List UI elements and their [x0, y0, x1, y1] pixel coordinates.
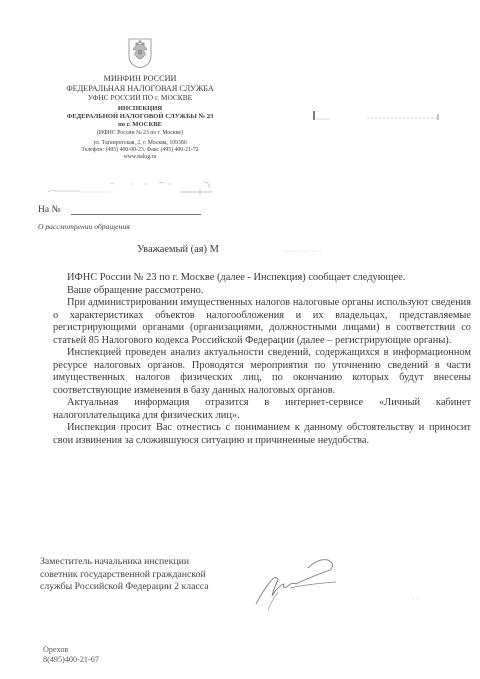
greeting-text: Уважаемый (ая) М [137, 244, 219, 255]
signature-name-placeholder: - - [412, 594, 419, 603]
body-paragraph: Инспекцией проведен анализ актуальности … [53, 347, 471, 397]
letter-subject: О рассмотрении обращения [38, 222, 130, 231]
website: www.nalog.ru [60, 154, 220, 161]
body-paragraph: Инспекция просит Вас отнестись с пониман… [53, 422, 471, 447]
body-paragraph: Актуальная информация отразится в интерн… [53, 397, 471, 422]
letter-body: ИФНС России № 23 по г. Москве (далее - И… [53, 272, 471, 447]
inspection-short-name: (ИФНС России № 23 по г. Москве) [60, 130, 220, 137]
reference-number: На № [38, 205, 201, 215]
inspection-title: ИНСПЕКЦИЯ [60, 105, 220, 113]
ministry-name: МИНФИН РОССИИ [60, 74, 220, 84]
executor-name: Орехов [43, 645, 99, 655]
letterhead: МИНФИН РОССИИ ФЕДЕРАЛЬНАЯ НАЛОГОВАЯ СЛУЖ… [60, 36, 220, 161]
phones: Телефон: (495) 400-00-23. Факс (495) 400… [60, 147, 220, 154]
inspection-title-line3: по г. МОСКВЕ [60, 121, 220, 129]
redacted-date-number [40, 180, 215, 196]
signatory-line: службы Российской Федерации 2 класса [40, 581, 209, 594]
department-name: УФНС РОССИИ ПО г. МОСКВЕ [60, 93, 220, 102]
signatory-title: Заместитель начальника инспекции советни… [40, 556, 209, 594]
executor-info: Орехов 8(495)400-21-67 [43, 645, 99, 665]
body-paragraph: ИФНС России № 23 по г. Москве (далее - И… [53, 272, 471, 285]
signatory-line: советник государственной гражданской [40, 569, 209, 582]
greeting: Уважаемый (ая) М ........... [137, 244, 322, 255]
signatory-line: Заместитель начальника инспекции [40, 556, 209, 569]
body-paragraph: При администрировании имущественных нало… [53, 297, 471, 347]
reference-number-line [71, 205, 201, 215]
body-paragraph: Ваше обращение рассмотрено. [53, 285, 471, 298]
reference-label: На № [38, 205, 61, 215]
service-name: ФЕДЕРАЛЬНАЯ НАЛОГОВАЯ СЛУЖБА [60, 84, 220, 94]
coat-of-arms-icon [126, 36, 154, 70]
executor-phone: 8(495)400-21-67 [43, 655, 99, 665]
inspection-title-line2: ФЕДЕРАЛЬНОЙ НАЛОГОВОЙ СЛУЖБЫ № 23 [60, 113, 220, 121]
handwritten-signature-icon [248, 552, 338, 612]
redacted-recipient [312, 110, 442, 124]
redacted-name: ........... [283, 244, 323, 255]
address: ул. Таганрогская, 2, г. Москва, 109386 [60, 140, 220, 147]
